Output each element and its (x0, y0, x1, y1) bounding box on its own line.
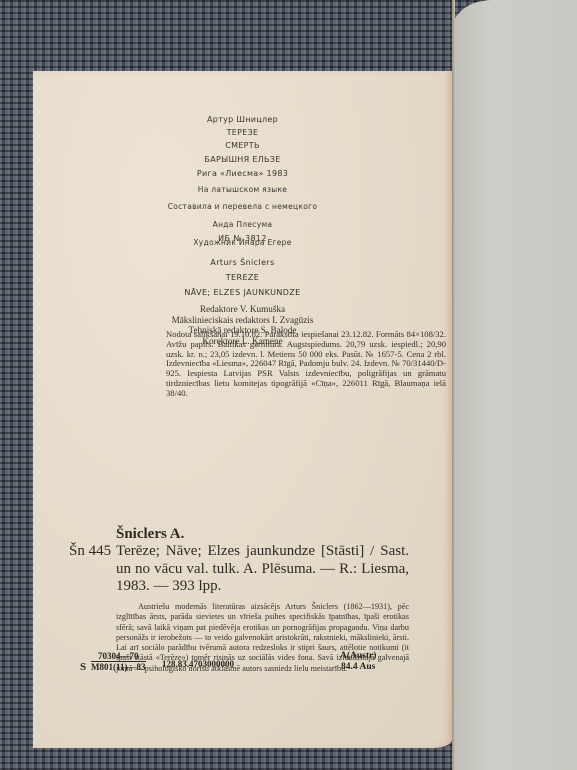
catalog-author: Šniclers A. (116, 526, 184, 543)
russian-compiled-note: Составила и перевела с немецкого (33, 198, 452, 216)
russian-language-note: На латышском языке (33, 182, 452, 198)
classification-line-2: 84.4 Aus (340, 662, 376, 673)
book-page: Артур Шницлер ТЕРЕЗЕ СМЕРТЬ БАРЫШНЯ ЕЛЬЗ… (33, 71, 452, 748)
facing-page (452, 0, 577, 770)
latvian-author: Arturs Šniclers (33, 258, 452, 267)
catalog-description: Terēze; Nāve; Elzes jaunkundze [Stāsti] … (116, 543, 409, 596)
imprint-text: Nodota salikšanai 19.10.82. Parakstīta i… (166, 330, 446, 399)
credit-art-editor: Mākslinieciskais redaktors I. Zvagūzis (33, 315, 452, 326)
russian-author: Артур Шницлер (33, 112, 452, 127)
code-letter: S (80, 661, 86, 673)
russian-title-1: ТЕРЕЗЕ (33, 127, 452, 139)
fraction-numerator: 70304—70 (91, 651, 146, 662)
catalog-codes: S 70304—70 M801(11)—83 128.83.4703000000… (0, 651, 419, 681)
latvian-subtitle: NĀVE; ELZES JAUNKUNDZE (33, 288, 452, 297)
russian-title-block: Артур Шницлер ТЕРЕЗЕ СМЕРТЬ БАРЫШНЯ ЕЛЬЗ… (33, 112, 452, 181)
russian-title-2: СМЕРТЬ (33, 139, 452, 153)
catalog-shelf-mark: Šn 445 (69, 543, 111, 560)
classification-codes: A(Austr) 84.4 Aus (340, 651, 376, 673)
russian-publisher: Рига «Лиесма» 1983 (33, 167, 452, 181)
ib-number: ИБ № 3812 (33, 234, 452, 243)
classification-line-1: A(Austr) (340, 651, 376, 662)
bbk-code: 128.83.4703000000 (162, 659, 234, 669)
credit-editor: Redaktore V. Kumuška (33, 304, 452, 315)
russian-translator: Анда Плесума (33, 216, 452, 234)
latvian-title: TEREZE (33, 273, 452, 282)
code-fraction: 70304—70 M801(11)—83 (91, 651, 146, 672)
russian-title-3: БАРЫШНЯ ЕЛЬЗЕ (33, 153, 452, 167)
fraction-denominator: M801(11)—83 (91, 662, 146, 672)
